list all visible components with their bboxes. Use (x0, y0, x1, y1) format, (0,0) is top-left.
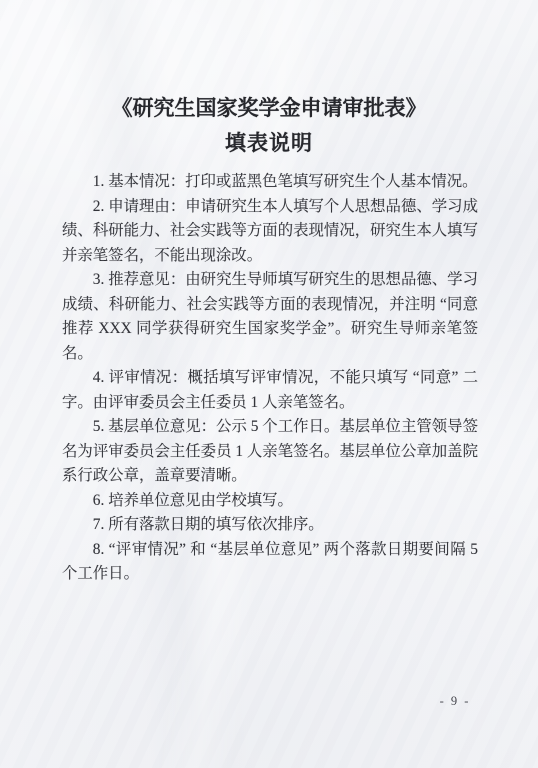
instructions-list: 1. 基本情况：打印或蓝黑色笔填写研究生个人基本情况。 2. 申请理由：申请研究… (62, 170, 478, 587)
scanned-document-page: 《研究生国家奖学金申请审批表》 填表说明 1. 基本情况：打印或蓝黑色笔填写研究… (0, 0, 538, 768)
instruction-item-2: 2. 申请理由：申请研究生本人填写个人思想品德、学习成绩、科研能力、社会实践等方… (62, 195, 478, 269)
instruction-item-1: 1. 基本情况：打印或蓝黑色笔填写研究生个人基本情况。 (62, 170, 478, 195)
instruction-item-3: 3. 推荐意见：由研究生导师填写研究生的思想品德、学习成绩、科研能力、社会实践等… (62, 268, 478, 366)
instruction-item-4: 4. 评审情况：概括填写评审情况，不能只填写 “同意” 二字。由评审委员会主任委… (62, 366, 478, 415)
instruction-item-6: 6. 培养单位意见由学校填写。 (62, 489, 478, 514)
document-title-line1: 《研究生国家奖学金申请审批表》 (0, 91, 538, 126)
instruction-item-7: 7. 所有落款日期的填写依次排序。 (62, 513, 478, 538)
instruction-item-5: 5. 基层单位意见：公示 5 个工作日。基层单位主管领导签名为评审委员会主任委员… (62, 415, 478, 489)
instruction-item-8: 8. “评审情况” 和 “基层单位意见” 两个落款日期要间隔 5 个工作日。 (62, 538, 478, 587)
page-number: - 9 - (425, 694, 485, 709)
document-title-line2: 填表说明 (0, 126, 538, 161)
document-title: 《研究生国家奖学金申请审批表》 填表说明 (0, 91, 538, 161)
